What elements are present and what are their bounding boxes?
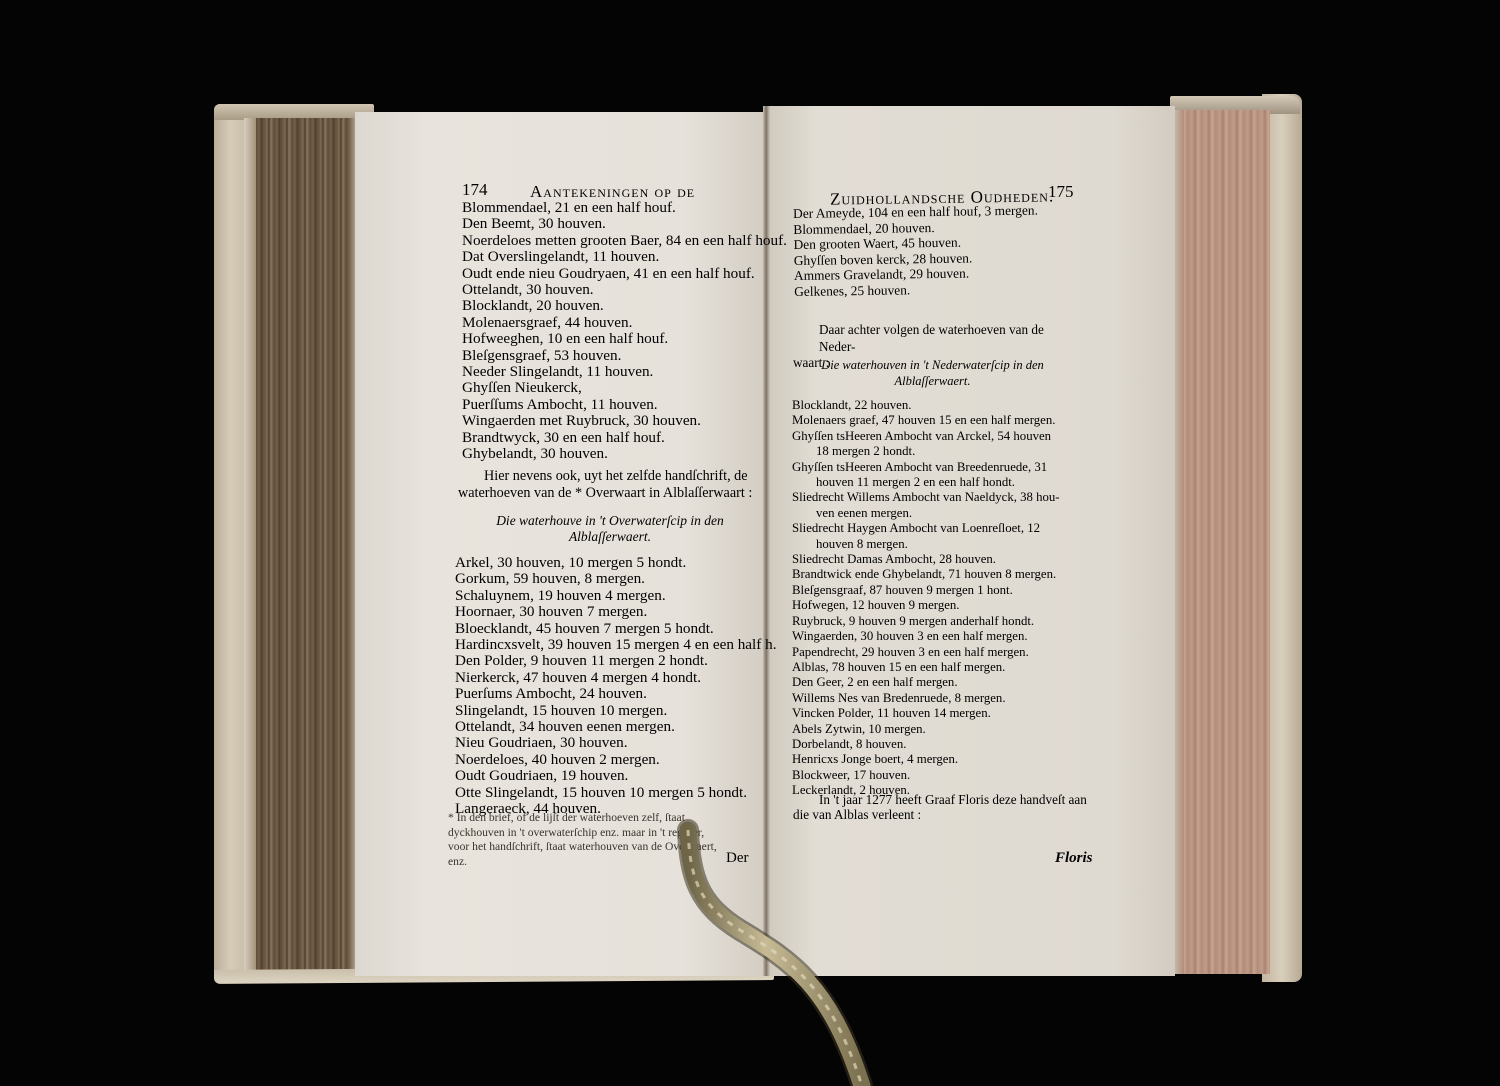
list-item: Sliedrecht Damas Ambocht, 28 houven. [792, 552, 1060, 567]
right-closing-paragraph: In 't jaar 1277 heeft Graaf Floris deze … [793, 792, 1093, 822]
list-item: Blommendael, 21 en een half houf. [462, 200, 787, 216]
list-item: Brandtwick ende Ghybelandt, 71 houven 8 … [792, 567, 1060, 582]
list-item: Sliedrecht Willems Ambocht van Naeldyck,… [792, 490, 1060, 505]
list-item: Ghyſſen tsHeeren Ambocht van Arckel, 54 … [792, 429, 1060, 444]
list-item: Henricxs Jonge boert, 4 mergen. [792, 752, 1060, 767]
list-item: Gorkum, 59 houven, 8 mergen. [455, 571, 777, 587]
left-entries-bottom: Arkel, 30 houven, 10 mergen 5 hondt.Gork… [455, 555, 777, 818]
list-item: Ghyſſen tsHeeren Ambocht van Breedenrued… [792, 460, 1060, 475]
list-item: Hoornaer, 30 houven 7 mergen. [455, 604, 777, 620]
list-item: Den Beemt, 30 houven. [462, 216, 787, 232]
list-item: Sliedrecht Haygen Ambocht van Loenreſloe… [792, 521, 1060, 536]
text-line: * In den brief, of de lijſt der waterhoe… [448, 811, 768, 826]
left-page-block-fore-edge [244, 118, 356, 974]
left-section-title: Die waterhouve in 't Overwaterſcip in de… [490, 513, 730, 545]
text-line: In 't jaar 1277 heeft Graaf Floris deze … [793, 792, 1093, 807]
list-item: Vincken Polder, 11 houven 14 mergen. [792, 706, 1060, 721]
list-item: houven 8 mergen. [792, 537, 1060, 552]
list-item: Nierkerck, 47 houven 4 mergen 4 hondt. [455, 670, 777, 686]
list-item: Ghyſſen Nieukerck, [462, 380, 787, 396]
list-item: Den Polder, 9 houven 11 mergen 2 hondt. [455, 653, 777, 669]
right-entries-bottom: Blocklandt, 22 houven.Molenaers graef, 4… [792, 398, 1060, 799]
text-line: Die waterhouven in 't Nederwaterſcip in … [805, 357, 1060, 373]
text-line: Hier nevens ook, uyt het zelfde handſchr… [458, 468, 758, 485]
list-item: Ghybelandt, 30 houven. [462, 446, 787, 462]
list-item: Noerdeloes metten grooten Baer, 84 en ee… [462, 233, 787, 249]
book-photo-scene: 174 Aantekeningen op de Blommendael, 21 … [0, 0, 1500, 1086]
list-item: Oudt ende nieu Goudryaen, 41 en een half… [462, 266, 787, 282]
list-item: Bloecklandt, 45 houven 7 mergen 5 hondt. [455, 621, 777, 637]
list-item: Wingaerden, 30 houven 3 en een half merg… [792, 629, 1060, 644]
text-line: waterhoeven van de * Overwaart in Alblaſ… [458, 485, 758, 502]
list-item: Bleſgensgraef, 53 houven. [462, 348, 787, 364]
list-item: Molenaersgraef, 44 houven. [462, 315, 787, 331]
list-item: Slingelandt, 15 houven 10 mergen. [455, 703, 777, 719]
list-item: Ruybruck, 9 houven 9 mergen anderhalf ho… [792, 614, 1060, 629]
list-item: Hardincxsvelt, 39 houven 15 mergen 4 en … [455, 637, 777, 653]
left-catchword: Der [726, 850, 749, 867]
list-item: houven 11 mergen 2 en een half hondt. [792, 475, 1060, 490]
text-line: dyckhouven in 't overwaterſchip enz. maa… [448, 826, 768, 841]
list-item: Willems Nes van Bredenruede, 8 mergen. [792, 691, 1060, 706]
left-entries-top: Blommendael, 21 en een half houf.Den Bee… [462, 200, 787, 463]
list-item: Papendrecht, 29 houven 3 en een half mer… [792, 645, 1060, 660]
left-intro-paragraph: Hier nevens ook, uyt het zelfde handſchr… [458, 468, 758, 501]
right-entries-top: Der Ameyde, 104 en een half houf, 3 merg… [793, 203, 1039, 300]
left-page-number: 174 [462, 180, 488, 200]
list-item: Arkel, 30 houven, 10 mergen 5 hondt. [455, 555, 777, 571]
list-item: Bleſgensgraaf, 87 houven 9 mergen 1 hont… [792, 583, 1060, 598]
list-item: Noerdeloes, 40 houven 2 mergen. [455, 752, 777, 768]
text-line: Die waterhouve in 't Overwaterſcip in de… [490, 513, 730, 529]
text-line: die van Alblas verleent : [793, 807, 1093, 822]
list-item: Wingaerden met Ruybruck, 30 houven. [462, 413, 787, 429]
text-line: Alblaſſerwaert. [805, 373, 1060, 389]
list-item: Abels Zytwin, 10 mergen. [792, 722, 1060, 737]
list-item: Ottelandt, 30 houven. [462, 282, 787, 298]
list-item: Puerſums Ambocht, 24 houven. [455, 686, 777, 702]
list-item: Dorbelandt, 8 houven. [792, 737, 1060, 752]
list-item: Blocklandt, 20 houven. [462, 298, 787, 314]
list-item: 18 mergen 2 hondt. [792, 444, 1060, 459]
list-item: Den Geer, 2 en een half mergen. [792, 675, 1060, 690]
right-section-title: Die waterhouven in 't Nederwaterſcip in … [805, 357, 1060, 389]
list-item: Oudt Goudriaen, 19 houven. [455, 768, 777, 784]
list-item: Nieu Goudriaen, 30 houven. [455, 735, 777, 751]
right-page-block-fore-edge [1174, 110, 1270, 974]
list-item: Needer Slingelandt, 11 houven. [462, 364, 787, 380]
list-item: Hofweeghen, 10 en een half houf. [462, 331, 787, 347]
list-item: Dat Overslingelandt, 11 houven. [462, 249, 787, 265]
right-catchword: Floris [1055, 850, 1093, 867]
text-line: Daar achter volgen de waterhoeven van de… [793, 322, 1073, 355]
text-line: voor het handſchrift, ſtaat waterhouven … [448, 840, 768, 855]
list-item: Blockweer, 17 houven. [792, 768, 1060, 783]
list-item: Hofwegen, 12 houven 9 mergen. [792, 598, 1060, 613]
left-footnote: * In den brief, of de lijſt der waterhoe… [448, 811, 768, 869]
text-line: Alblaſſerwaert. [490, 529, 730, 545]
list-item: ven eenen mergen. [792, 506, 1060, 521]
right-page-number: 175 [1048, 182, 1074, 202]
list-item: Schaluynem, 19 houven 4 mergen. [455, 588, 777, 604]
list-item: Ottelandt, 34 houven eenen mergen. [455, 719, 777, 735]
list-item: Blocklandt, 22 houven. [792, 398, 1060, 413]
list-item: Puerſſums Ambocht, 11 houven. [462, 397, 787, 413]
list-item: Molenaers graef, 47 houven 15 en een hal… [792, 413, 1060, 428]
list-item: Otte Slingelandt, 15 houven 10 mergen 5 … [455, 785, 777, 801]
list-item: Brandtwyck, 30 en een half houf. [462, 430, 787, 446]
text-line: enz. [448, 855, 768, 870]
list-item: Alblas, 78 houven 15 en een half mergen. [792, 660, 1060, 675]
